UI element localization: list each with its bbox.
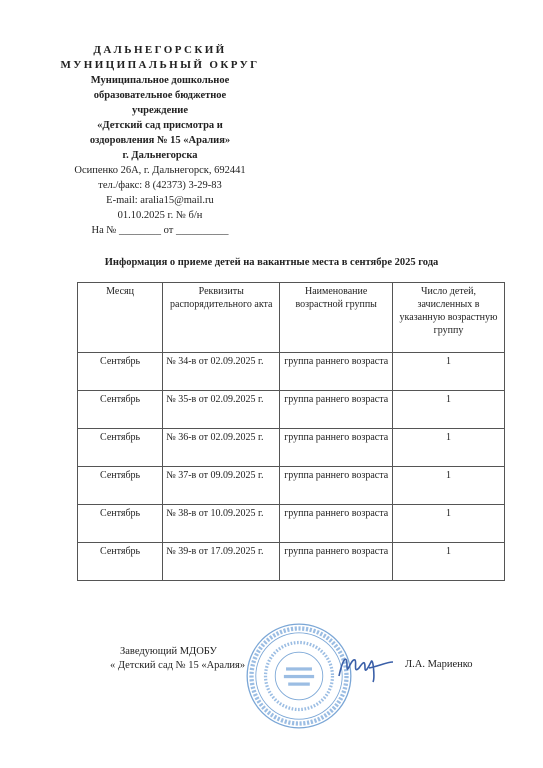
org-name-line1: ДАЛЬНЕГОРСКИЙ xyxy=(40,43,280,58)
inst-line: учреждение xyxy=(40,103,280,118)
cell-act: № 38-в от 10.09.2025 г. xyxy=(163,505,280,543)
table-row: Сентябрь№ 34-в от 02.09.2025 г.группа ра… xyxy=(78,353,505,391)
cell-month: Сентябрь xyxy=(78,543,163,581)
date-ref: 01.10.2025 г. № б/н xyxy=(40,208,280,223)
signature-icon xyxy=(335,648,395,684)
table-row: Сентябрь№ 37-в от 09.09.2025 г.группа ра… xyxy=(78,467,505,505)
signatory-name: Л.А. Мариенко xyxy=(405,659,473,670)
inst-line: Муниципальное дошкольное xyxy=(40,73,280,88)
table-row: Сентябрь№ 36-в от 02.09.2025 г.группа ра… xyxy=(78,429,505,467)
cell-group: группа раннего возраста xyxy=(280,467,393,505)
table-row: Сентябрь№ 38-в от 10.09.2025 г.группа ра… xyxy=(78,505,505,543)
cell-month: Сентябрь xyxy=(78,353,163,391)
column-header: Наименование возрастной группы xyxy=(280,283,393,353)
inst-line: г. Дальнегорска xyxy=(40,148,280,163)
cell-month: Сентябрь xyxy=(78,467,163,505)
cell-act: № 39-в от 17.09.2025 г. xyxy=(163,543,280,581)
cell-month: Сентябрь xyxy=(78,429,163,467)
admissions-table: Месяц Реквизиты распорядительного акта Н… xyxy=(77,282,505,581)
cell-group: группа раннего возраста xyxy=(280,391,393,429)
cell-month: Сентябрь xyxy=(78,505,163,543)
inst-line: образовательное бюджетное xyxy=(40,88,280,103)
cell-group: группа раннего возраста xyxy=(280,429,393,467)
phone: тел./факс: 8 (42373) 3-29-83 xyxy=(40,178,280,193)
cell-count: 1 xyxy=(393,467,505,505)
cell-act: № 34-в от 02.09.2025 г. xyxy=(163,353,280,391)
column-header: Месяц xyxy=(78,283,163,353)
cell-count: 1 xyxy=(393,543,505,581)
cell-group: группа раннего возраста xyxy=(280,353,393,391)
signatory-position: Заведующий МДОБУ « Детский сад № 15 «Ара… xyxy=(110,645,245,673)
cell-act: № 35-в от 02.09.2025 г. xyxy=(163,391,280,429)
cell-act: № 37-в от 09.09.2025 г. xyxy=(163,467,280,505)
document-title: Информация о приеме детей на вакантные м… xyxy=(0,257,543,268)
cell-month: Сентябрь xyxy=(78,391,163,429)
column-header: Реквизиты распорядительного акта xyxy=(163,283,280,353)
email: E-mail: aralia15@mail.ru xyxy=(40,193,280,208)
cell-act: № 36-в от 02.09.2025 г. xyxy=(163,429,280,467)
cell-count: 1 xyxy=(393,505,505,543)
inst-line: оздоровления № 15 «Аралия» xyxy=(40,133,280,148)
cell-group: группа раннего возраста xyxy=(280,505,393,543)
inst-line: «Детский сад присмотра и xyxy=(40,118,280,133)
cell-count: 1 xyxy=(393,391,505,429)
table-row: Сентябрь№ 39-в от 17.09.2025 г.группа ра… xyxy=(78,543,505,581)
table-row: Сентябрь№ 35-в от 02.09.2025 г.группа ра… xyxy=(78,391,505,429)
letterhead: ДАЛЬНЕГОРСКИЙ МУНИЦИПАЛЬНЫЙ ОКРУГ Муници… xyxy=(40,43,280,238)
org-name-line2: МУНИЦИПАЛЬНЫЙ ОКРУГ xyxy=(40,58,280,73)
address: Осипенко 26А, г. Дальнегорск, 692441 xyxy=(40,163,280,178)
cell-count: 1 xyxy=(393,429,505,467)
reply-ref: На № ________ от __________ xyxy=(40,223,280,238)
cell-group: группа раннего возраста xyxy=(280,543,393,581)
cell-count: 1 xyxy=(393,353,505,391)
column-header: Число детей, зачисленных в указанную воз… xyxy=(393,283,505,353)
